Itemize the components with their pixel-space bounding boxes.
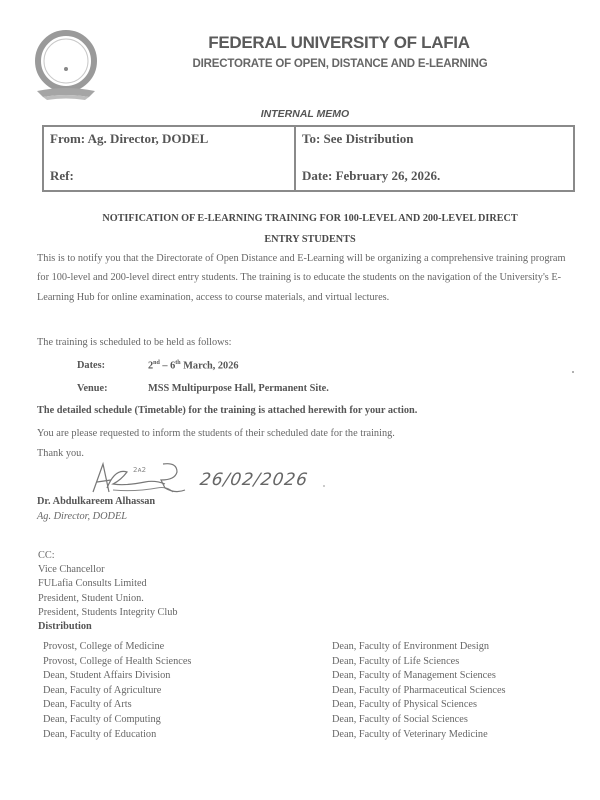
distribution-item: Dean, Faculty of Veterinary Medicine: [332, 728, 506, 743]
scan-speck: [572, 371, 574, 373]
signer-name: Dr. Abdulkareem Alhassan: [37, 496, 155, 507]
handwritten-date: 26/02/2026: [199, 470, 310, 490]
signature-mark: 2ᴀ2: [85, 458, 190, 498]
memo-to: To: See Distribution: [302, 131, 413, 147]
cc-item: President, Student Union.: [38, 592, 178, 606]
distribution-item: Dean, Faculty of Environment Design: [332, 640, 506, 655]
intro-paragraph: This is to notify you that the Directora…: [37, 249, 577, 307]
dates-value: 2nd – 6th March, 2026: [148, 360, 239, 371]
memo-title: NOTIFICATION OF E-LEARNING TRAINING FOR …: [40, 208, 580, 250]
distribution-item: Dean, Faculty of Pharmaceutical Sciences: [332, 684, 506, 699]
university-name: FEDERAL UNIVERSITY OF LAFIA: [0, 33, 600, 53]
cc-item: Vice Chancellor: [38, 563, 178, 577]
distribution-item: Dean, Faculty of Education: [43, 728, 191, 743]
scan-speck: [323, 485, 325, 487]
signer-title: Ag. Director, DODEL: [37, 511, 127, 522]
schedule-intro: The training is scheduled to be held as …: [37, 337, 577, 348]
distribution-label: Distribution: [38, 620, 178, 634]
schedule-dates-row: Dates: 2nd – 6th March, 2026: [77, 360, 239, 371]
distribution-item: Dean, Faculty of Arts: [43, 698, 191, 713]
distribution-item: Dean, Faculty of Management Sciences: [332, 669, 506, 684]
distribution-item: Dean, Faculty of Physical Sciences: [332, 698, 506, 713]
distribution-list-left: Provost, College of Medicine Provost, Co…: [43, 640, 191, 742]
memo-date: Date: February 26, 2026.: [302, 168, 440, 184]
distribution-item: Dean, Faculty of Computing: [43, 713, 191, 728]
memo-title-line2: ENTRY STUDENTS: [40, 229, 580, 250]
dates-label: Dates:: [77, 360, 148, 371]
distribution-list-right: Dean, Faculty of Environment Design Dean…: [332, 640, 506, 742]
memo-ref: Ref:: [50, 168, 74, 184]
distribution-item: Provost, College of Medicine: [43, 640, 191, 655]
venue-value: MSS Multipurpose Hall, Permanent Site.: [148, 383, 329, 394]
directorate-name: DIRECTORATE OF OPEN, DISTANCE AND E-LEAR…: [0, 58, 600, 70]
detail-line: The detailed schedule (Timetable) for th…: [37, 405, 577, 416]
distribution-item: Dean, Faculty of Social Sciences: [332, 713, 506, 728]
distribution-item: Dean, Faculty of Life Sciences: [332, 655, 506, 670]
inform-line: You are please requested to inform the s…: [37, 428, 577, 439]
memo-header-table: From: Ag. Director, DODEL Ref: To: See D…: [42, 125, 575, 192]
cc-label: CC:: [38, 549, 178, 563]
schedule-venue-row: Venue: MSS Multipurpose Hall, Permanent …: [77, 383, 329, 394]
svg-text:2ᴀ2: 2ᴀ2: [133, 466, 146, 474]
memo-from: From: Ag. Director, DODEL: [50, 131, 208, 147]
cc-item: President, Students Integrity Club: [38, 606, 178, 620]
memo-title-line1: NOTIFICATION OF E-LEARNING TRAINING FOR …: [40, 208, 580, 229]
distribution-item: Dean, Student Affairs Division: [43, 669, 191, 684]
distribution-item: Provost, College of Health Sciences: [43, 655, 191, 670]
memo-left-cell: From: Ag. Director, DODEL Ref:: [44, 127, 296, 190]
distribution-item: Dean, Faculty of Agriculture: [43, 684, 191, 699]
venue-label: Venue:: [77, 383, 148, 394]
memo-right-cell: To: See Distribution Date: February 26, …: [296, 127, 573, 190]
memo-label: INTERNAL MEMO: [0, 108, 600, 120]
cc-list: CC: Vice Chancellor FULafia Consults Lim…: [38, 549, 178, 634]
cc-item: FULafia Consults Limited: [38, 577, 178, 591]
